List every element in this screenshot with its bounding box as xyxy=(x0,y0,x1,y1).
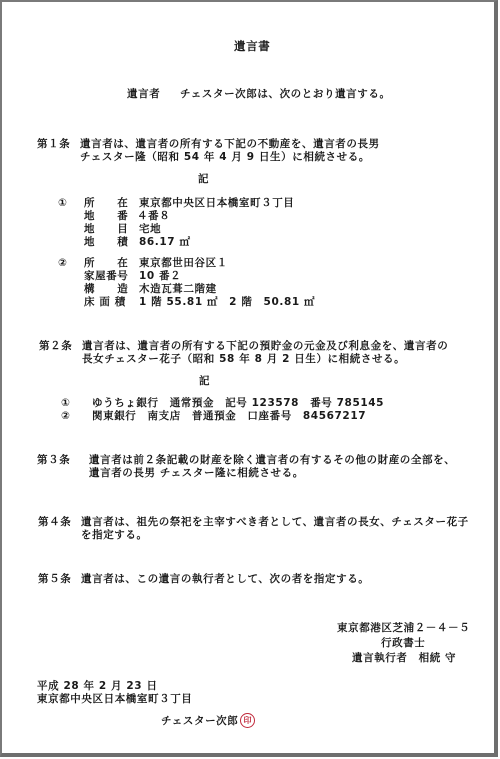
article-3-line-1: 遺言者は前２条記載の財産を除く遺言者の有するその他の財産の全部を、 xyxy=(89,454,455,467)
property-1-label-area: 地 積 xyxy=(84,236,128,249)
property-2-house-number: 10 番２ xyxy=(139,270,181,283)
article-1-number: 第１条 xyxy=(37,138,70,151)
deposit-1-text: ゆうちょ銀行 通常預金 記号 123578 番号 785145 xyxy=(92,397,384,410)
executor-address: 東京都港区芝浦２－４－５ xyxy=(337,622,470,635)
testator-address: 東京都中央区日本橋室町３丁目 xyxy=(37,693,192,706)
property-1-location: 東京都中央区日本橋室町３丁目 xyxy=(139,197,294,210)
deposit-2-marker: ② xyxy=(61,410,71,423)
property-2-floor-area: 1 階 55.81 ㎡ 2 階 50.81 ㎡ xyxy=(139,296,315,309)
article-4-number: 第４条 xyxy=(38,516,71,529)
intro-text: チェスター次郎は、次のとおり遺言する。 xyxy=(180,88,391,101)
property-1-area: 86.17 ㎡ xyxy=(139,236,191,249)
property-2-label-structure: 構 造 xyxy=(84,283,128,296)
article-2-line-1: 遺言者は、遺言者の所有する下記の預貯金の元金及び利息金を、遺言者の xyxy=(82,340,448,353)
executor-name: 遺言執行者 相続 守 xyxy=(352,652,456,665)
intro-label: 遺言者 xyxy=(127,88,160,101)
article-4-line-2: を指定する。 xyxy=(81,529,148,542)
article-5-line-1: 遺言者は、この遺言の執行者として、次の者を指定する。 xyxy=(81,573,369,586)
deposit-2-text: 関東銀行 南支店 普通預金 口座番号 84567217 xyxy=(92,410,366,423)
seal-stamp-icon: 印 xyxy=(240,713,255,728)
document-title: 遺言書 xyxy=(234,40,270,53)
deposit-1-marker: ① xyxy=(61,397,71,410)
testator-signature: チェスター次郎 xyxy=(161,715,238,728)
property-2-structure: 木造瓦葺二階建 xyxy=(139,283,217,296)
article-2-ki: 記 xyxy=(199,375,210,388)
will-document-page: 遺言書 遺言者 チェスター次郎は、次のとおり遺言する。 第１条 遺言者は、遺言者… xyxy=(0,0,498,757)
property-2-label-floor-area: 床 面 積 xyxy=(84,296,126,309)
article-2-line-2: 長女チェスター花子（昭和 58 年 8 月 2 日生）に相続させる。 xyxy=(82,353,405,366)
article-2-number: 第２条 xyxy=(39,340,72,353)
property-2-marker: ② xyxy=(58,257,68,270)
property-1-category: 宅地 xyxy=(139,223,161,236)
will-date: 平成 28 年 2 月 23 日 xyxy=(37,680,158,693)
property-2-location: 東京都世田谷区１ xyxy=(139,257,228,270)
property-1-label-location: 所 在 xyxy=(84,197,128,210)
property-1-label-category: 地 目 xyxy=(84,223,128,236)
property-1-label-lot: 地 番 xyxy=(84,210,128,223)
article-1-line-2: チェスター隆（昭和 54 年 4 月 9 日生）に相続させる。 xyxy=(80,151,370,164)
article-3-line-2: 遺言者の長男 チェスター隆に相続させる。 xyxy=(89,467,304,480)
executor-title: 行政書士 xyxy=(381,637,425,650)
article-1-ki: 記 xyxy=(198,173,209,186)
property-2-label-house-number: 家屋番号 xyxy=(84,270,128,283)
property-1-lot: ４番８ xyxy=(137,210,170,223)
property-1-marker: ① xyxy=(58,197,68,210)
article-4-line-1: 遺言者は、祖先の祭祀を主宰すべき者として、遺言者の長女、チェスター花子 xyxy=(81,516,469,529)
property-2-label-location: 所 在 xyxy=(84,257,128,270)
article-1-line-1: 遺言者は、遺言者の所有する下記の不動産を、遺言者の長男 xyxy=(80,138,380,151)
article-5-number: 第５条 xyxy=(38,573,71,586)
article-3-number: 第３条 xyxy=(37,454,70,467)
